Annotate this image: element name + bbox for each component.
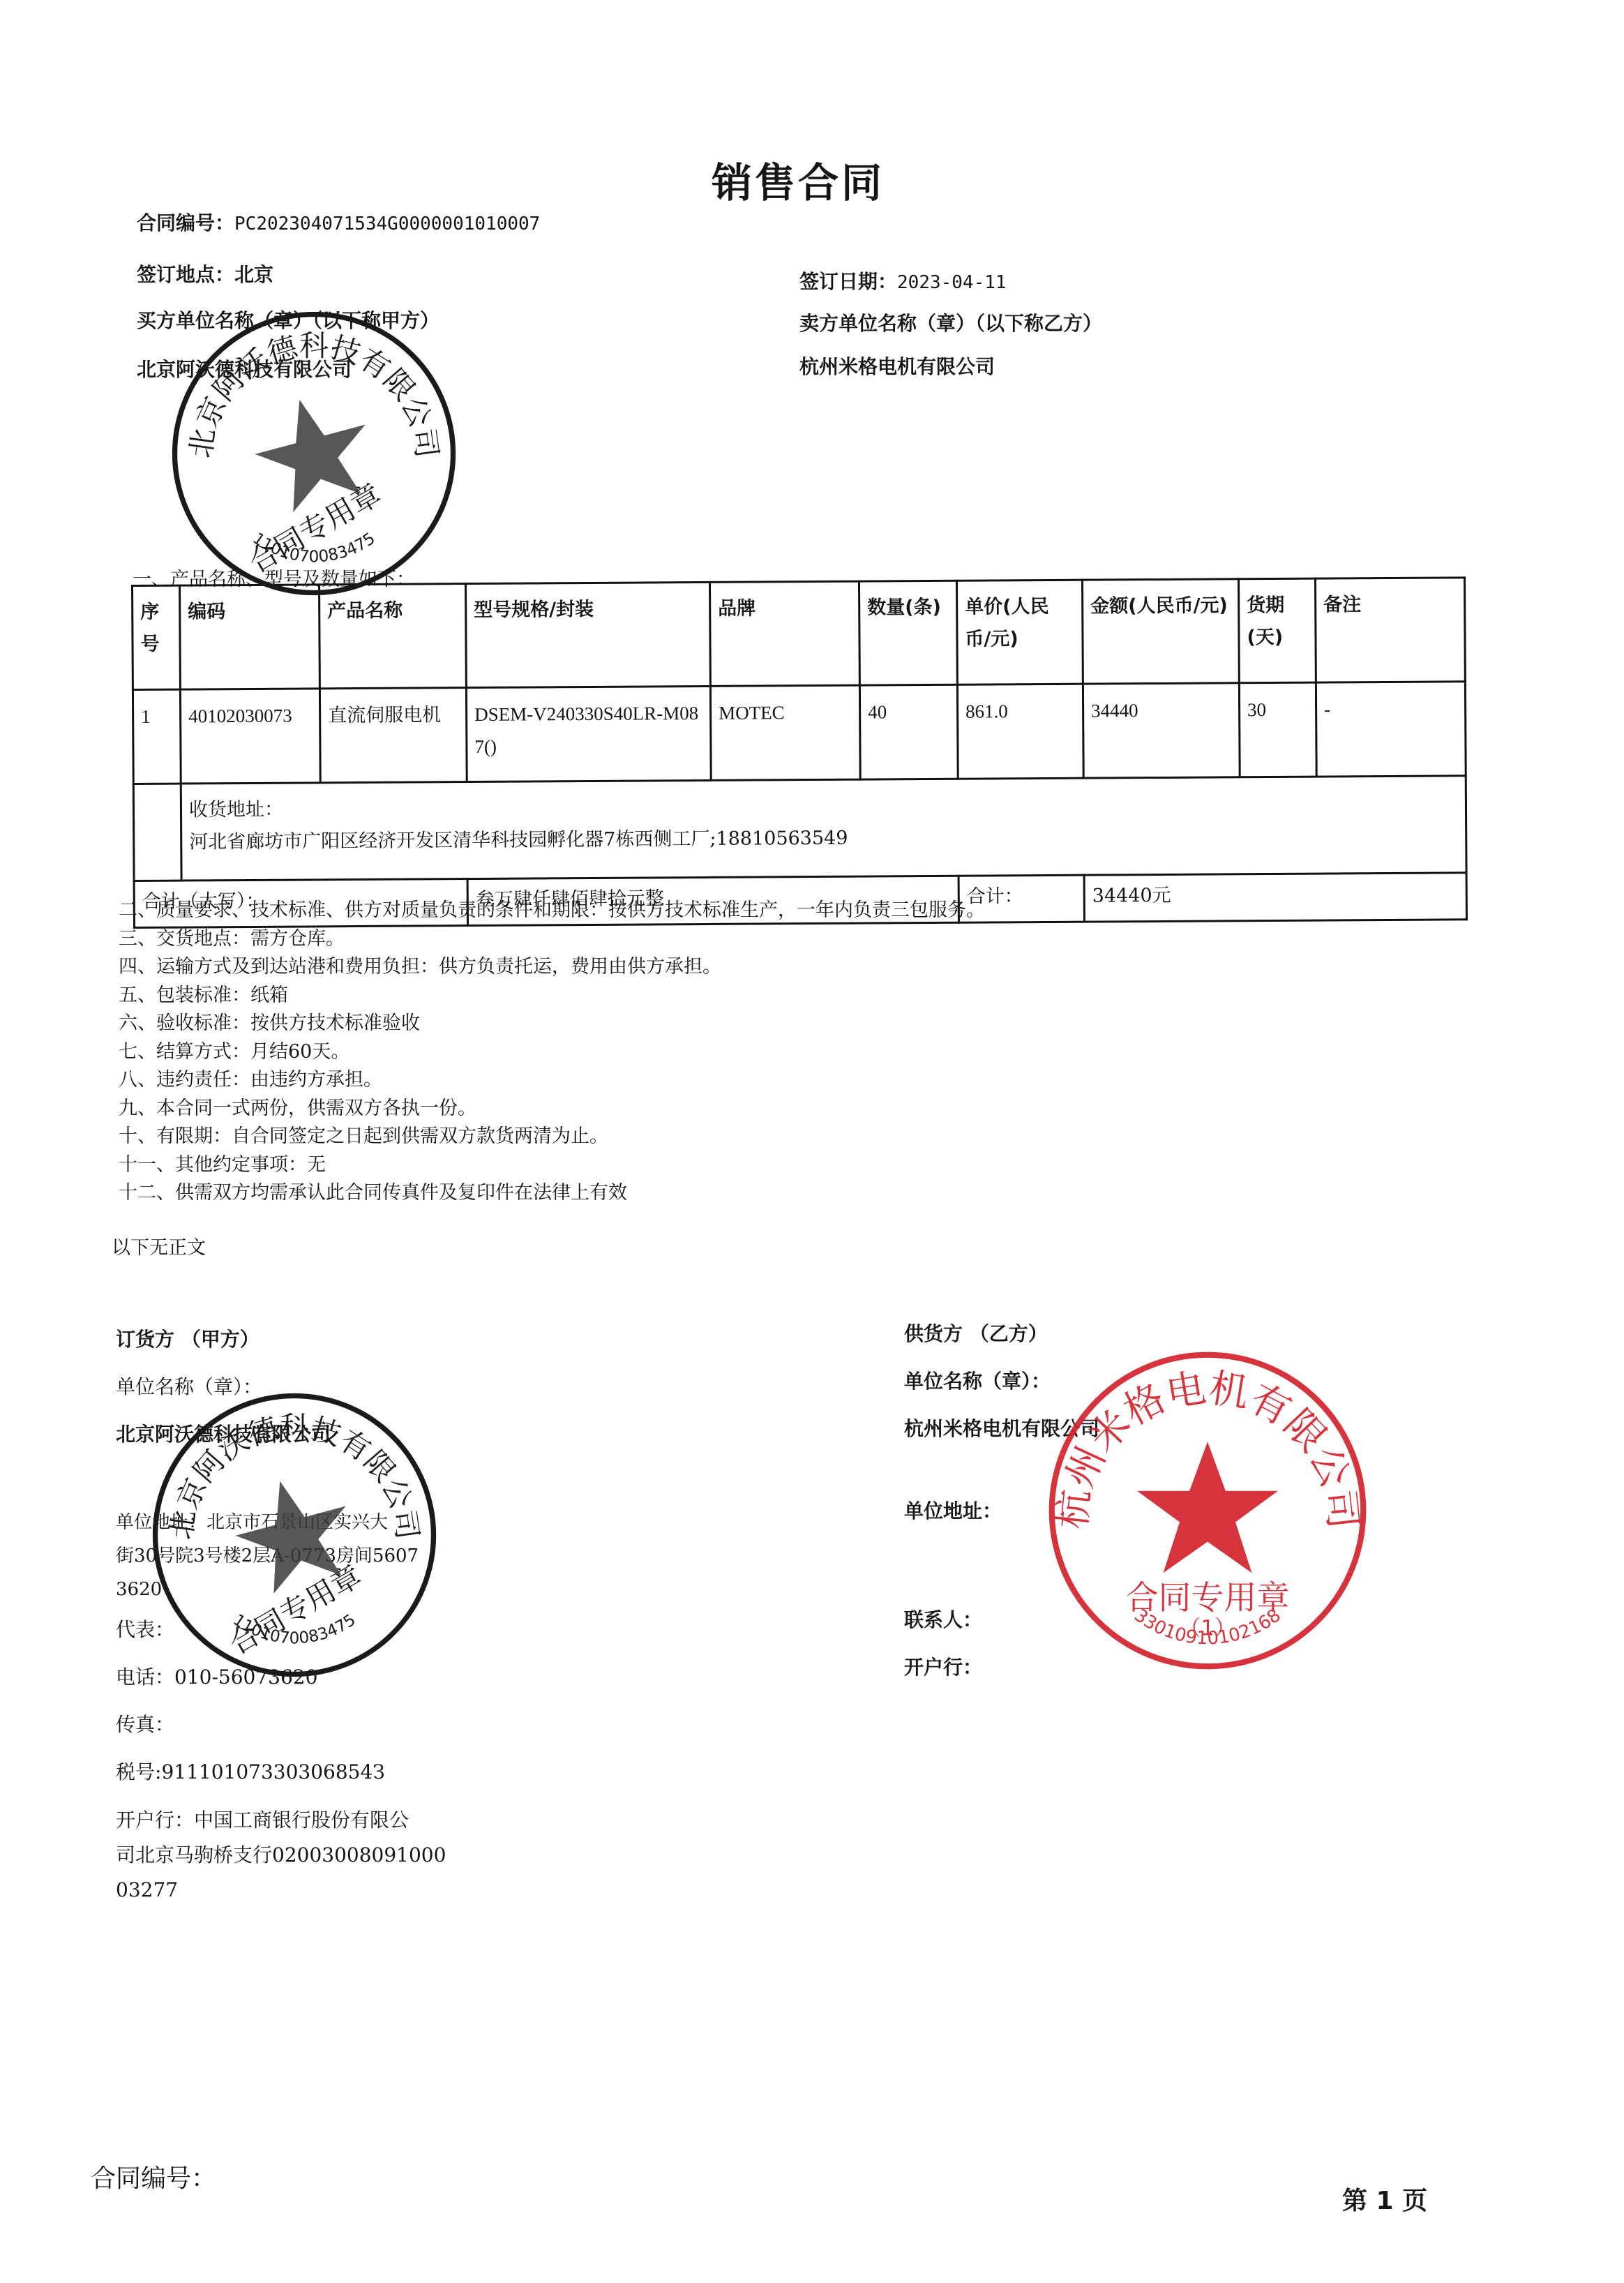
cell-model: DSEM-V240330S40LR-M087() [466, 686, 711, 781]
party-a-tax-value: 91110107330306854З [161, 1760, 384, 1783]
party-a-bank: 开户行：中国工商银行股份有限公 [116, 1803, 446, 1838]
delivery-address-row: 收货地址： 河北省廊坊市广阳区经济开发区清华科技园孵化器7栋西侧工厂;18810… [133, 776, 1466, 881]
party-a-bank-line-3: 03277 [116, 1873, 446, 1908]
stamp-seal-icon: 杭州米格电机有限公司 合同专用章 （1） 33010910102168 [1044, 1347, 1371, 1675]
cell-index: 1 [133, 689, 181, 784]
header-code: 编码 [180, 585, 320, 689]
party-a-bank-line-2: 司北京马驹桥支行02003008091000 [116, 1838, 446, 1873]
product-table: 序号 编码 产品名称 型号规格/封装 品牌 数量(条) 单价(人民币/元) 金额… [131, 576, 1468, 929]
header-remark: 备注 [1315, 578, 1465, 682]
buyer-company-stamp-bottom: 北京阿沃德科技有限公司 合同专用章 1101070083475 [148, 1388, 441, 1682]
sign-place: 签订地点：北京 [137, 260, 273, 287]
contract-number-label: 合同编号： [137, 211, 234, 234]
end-note: 以下无正文 [112, 1232, 206, 1259]
sign-date-value: 2023-04-11 [897, 272, 1007, 293]
clause-5: 五、包装标准：纸箱 [119, 982, 985, 1010]
header-brand: 品牌 [709, 581, 859, 686]
page-number: 第 1 页 [1342, 2181, 1427, 2217]
cell-code: 40102030073 [180, 689, 320, 784]
party-a-bank-line-1: 中国工商银行股份有限公 [194, 1809, 409, 1832]
clause-3: 三、交货地点：需方仓库。 [119, 925, 985, 954]
sign-date: 签订日期：2023-04-11 [799, 267, 1007, 294]
clause-12: 十二、供需双方均需承认此合同传真件及复印件在法律上有效 [119, 1179, 985, 1208]
table-row: 1 40102030073 直流伺服电机 DSEM-V240330S40LR-M… [133, 682, 1466, 784]
party-a-heading: 订货方 （甲方） [116, 1316, 446, 1363]
clause-11: 十一、其他约定事项：无 [119, 1151, 985, 1180]
contract-number-value: PC202304071534G0000001010007 [234, 214, 540, 234]
seller-name: 杭州米格电机有限公司 [799, 352, 995, 380]
cell-amount: 34440 [1083, 683, 1240, 778]
clause-4: 四、运输方式及到达站港和费用负担：供方负责托运，费用由供方承担。 [119, 953, 985, 982]
stamp-seal-icon: 北京阿沃德科技有限公司 合同专用章 1101070083475 [148, 1388, 441, 1682]
clause-10: 十、有限期：自合同签定之日起到供需双方款货两清为止。 [119, 1123, 985, 1151]
contract-number: 合同编号：PC202304071534G0000001010007 [137, 208, 540, 236]
clause-6: 六、验收标准：按供方技术标准验收 [119, 1010, 985, 1038]
delivery-address-cell: 收货地址： 河北省廊坊市广阳区经济开发区清华科技园孵化器7栋西侧工厂;18810… [181, 776, 1466, 881]
header-index: 序号 [133, 585, 181, 689]
sign-date-label: 签订日期： [799, 270, 897, 293]
total-value: 34440元 [1084, 873, 1466, 922]
seller-label: 卖方单位名称（章）（以下称乙方） [799, 308, 1102, 336]
header-unit-price: 单价(人民币/元) [956, 580, 1083, 684]
party-a-bank-label: 开户行： [116, 1809, 194, 1832]
clause-7: 七、结算方式：月结60天。 [119, 1038, 985, 1067]
cell-product: 直流伺服电机 [319, 688, 467, 783]
header-quantity: 数量(条) [859, 581, 957, 685]
party-a-tax-label: 税号: [116, 1760, 161, 1783]
cell-lead-days: 30 [1239, 682, 1316, 777]
cell-quantity: 40 [859, 684, 958, 779]
seller-company-stamp: 杭州米格电机有限公司 合同专用章 （1） 33010910102168 [1044, 1347, 1371, 1675]
footer-contract-number-label: 合同编号： [91, 2159, 216, 2194]
cell-brand: MOTEC [710, 685, 860, 780]
clause-9: 九、本合同一式两份，供需双方各执一份。 [119, 1095, 985, 1123]
sign-place-label: 签订地点： [137, 263, 234, 286]
stamp-seal-icon: 北京阿沃德科技有限公司 合同专用章 1101070083475 [167, 307, 460, 600]
buyer-company-stamp-top: 北京阿沃德科技有限公司 合同专用章 1101070083475 [167, 307, 460, 600]
delivery-address: 河北省廊坊市广阳区经济开发区清华科技园孵化器7栋西侧工厂;18810563549 [189, 818, 1458, 858]
empty-cell [133, 784, 181, 881]
header-model: 型号规格/封装 [466, 582, 711, 687]
cell-remark: - [1316, 682, 1466, 777]
sign-place-value: 北京 [234, 263, 273, 286]
party-a-fax-label: 传真： [116, 1701, 446, 1749]
party-a-tax: 税号:91110107330306854З [116, 1749, 446, 1796]
clause-8: 八、违约责任：由违约方承担。 [119, 1066, 985, 1095]
contract-clauses: 二、质量要求、技术标准、供方对质量负责的条件和期限：按供方技术标准生产，一年内负… [119, 897, 985, 1208]
header-lead-days: 货期(天) [1238, 578, 1316, 683]
clause-2: 二、质量要求、技术标准、供方对质量负责的条件和期限：按供方技术标准生产，一年内负… [119, 897, 985, 925]
document-title: 销售合同 [712, 150, 885, 209]
header-amount: 金额(人民币/元) [1082, 579, 1239, 684]
cell-unit-price: 861.0 [957, 684, 1083, 779]
